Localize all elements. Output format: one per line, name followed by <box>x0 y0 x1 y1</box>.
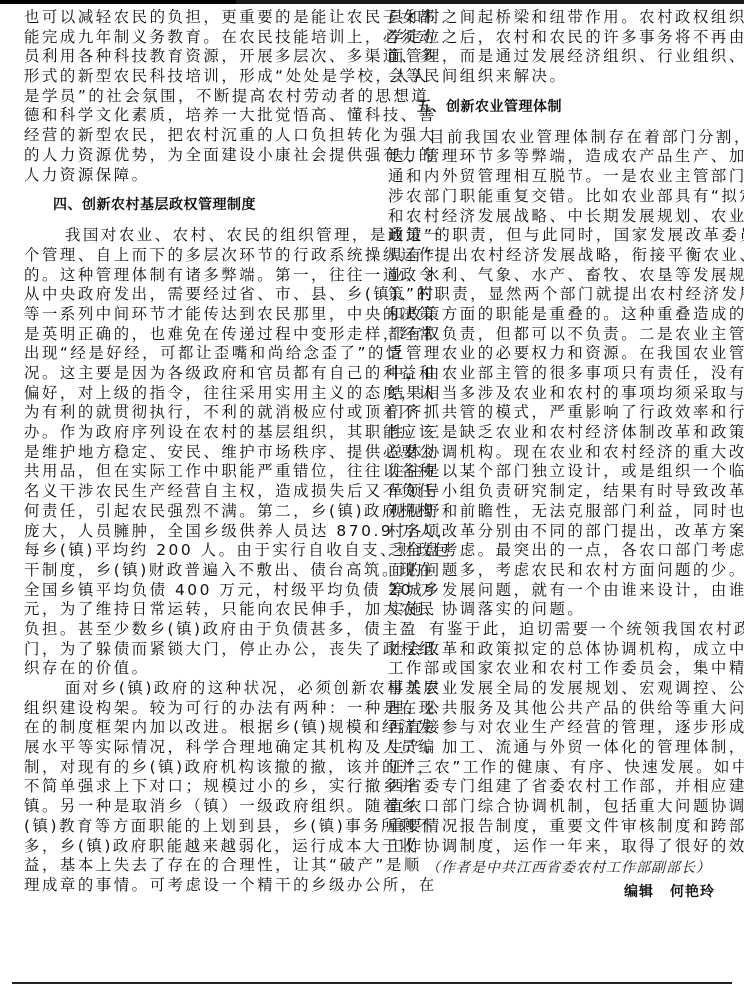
text-line: 组织建设构架。较为可行的办法有两种：一种是在现 <box>24 699 359 719</box>
text-line: 学定位之后，农村和农民的许多事务将不再由政府出 <box>388 28 723 48</box>
text-line: 再直接参与对农业生产经营的管理，逐步形成农产品 <box>388 718 723 738</box>
text-line: 总体协调机构。现在农业和农村经济的重大改革政策 <box>388 443 723 463</box>
paragraph: 也可以减轻农民的负担，更重要的是能让农民子女都能完成九年制义务教育。在农民技能培… <box>24 8 359 185</box>
text-line: 迭、管理环节多等弊端，造成农产品生产、加工、流 <box>388 147 723 167</box>
text-line: 直农口部门综合协调机制，包括重大问题协调制度， <box>388 797 723 817</box>
text-line: 是维护地方稳定、安民、维护市场秩序、提供必要公 <box>24 443 359 463</box>
text-line: 名义干涉农民生产经营自主权，造成损失后又不负任 <box>24 482 359 502</box>
text-line: 等一系列中间环节才能传达到农民那里，中央的决策 <box>24 305 359 325</box>
text-line: 共用品，但在实际工作中职能严重错位，往往以各种 <box>24 462 359 482</box>
text-line: 重要情况报告制度，重要文件审核制度和跨部门涉农 <box>388 817 723 837</box>
text-line: 在的制度框架内加以改进。根据乡(镇)规模和经济发 <box>24 718 359 738</box>
text-line: 会等民间组织来解决。 <box>388 67 723 87</box>
editor-label: 编辑 <box>624 884 654 900</box>
text-line: 经营的新型农民，把农村沉重的人口负担转化为强大 <box>24 126 359 146</box>
text-line: 展水平等实际情况，科学合理地确定其机构及人员编 <box>24 738 359 758</box>
section-heading-5: 五、创新农业管理体制 <box>388 87 723 128</box>
text-line: 策”的职责，显然两个部门就提出农村经济发展战略 <box>388 285 723 305</box>
text-line: 庞大，人员臃肿，全国乡级供养人员达 870.9 万人， <box>24 522 359 542</box>
text-line: 办。作为政府序列设在农村的基层组织，其职能应该 <box>24 423 359 443</box>
text-line: 工作协调制度，运作一年来，取得了很好的效果。 <box>388 837 723 857</box>
right-column: 县和村之间起桥梁和纽带作用。农村政权组织职能科学定位之后，农村和农民的许多事务将… <box>388 8 723 904</box>
text-line: 中，由农业部主管的很多事项只有责任，没有手段， <box>388 364 723 384</box>
text-line: 的人力资源优势，为全面建设小康社会提供强有力的 <box>24 146 359 166</box>
text-line: 出现“经是好经，可都让歪嘴和尚给念歪了”的情 <box>24 344 359 364</box>
text-line: 性。三是缺乏农业和农村经济体制改革和政策拟定的 <box>388 423 723 443</box>
text-line: 元，为了维持日常运转，只能向农民伸手，加大农民 <box>24 600 359 620</box>
text-line: 理、公共服务及其他公共产品的供给等重大问题，不 <box>388 699 723 719</box>
text-line: 业、水利、气象、水产、畜牧、农垦等发展规划和政 <box>388 266 723 286</box>
text-line: 我国对农业、农村、农民的组织管理，是通过一 <box>24 226 359 246</box>
text-line: 事关农业发展全局的发展规划、宏观调控、公共管 <box>388 679 723 699</box>
text-line: 负担。甚至少数乡(镇)政府由于负债甚多，债主盈 <box>24 620 359 640</box>
text-line: 涉农部门职能重复交错。比如农业部具有“拟定农业 <box>388 187 723 207</box>
text-line: 面对乡(镇)政府的这种状况，必须创新农村基层 <box>24 679 359 699</box>
text-line: 干制度，乡(镇)财政普遍入不敷出、债台高筑。现在 <box>24 561 359 581</box>
text-line: 村各项改革分别由不同的部门提出，改革方案有时缺 <box>388 522 723 542</box>
text-line: 多，乡(镇)政府职能越来越弱化，运行成本大于收 <box>24 837 359 857</box>
text-line: 为有利的就贯彻执行，不利的就消极应付或顶着不 <box>24 403 359 423</box>
text-line: 结果相当多涉及农业和农村的事项均须采取与其他部 <box>388 384 723 404</box>
text-line: 证“三农”工作的健康、有序、快速发展。如中共江 <box>388 758 723 778</box>
bottom-border-rule <box>12 982 732 984</box>
text-line: 都有权负责，但都可以不负责。二是农业主管部门缺 <box>388 325 723 345</box>
text-line: 具有“提出农村经济发展战略，衔接平衡农业、林 <box>388 246 723 266</box>
text-line: 形式的新型农民科技培训，形成“处处是学校，人人 <box>24 67 359 87</box>
text-line: 理成章的事情。可考虑设一个精干的乡级办公所，在 <box>24 876 359 896</box>
text-line: 全国乡镇平均负债 400 万元，村级平均负债 20 万 <box>24 581 359 601</box>
text-line: 况。这主要是因为各级政府和官员都有自己的利益和 <box>24 364 359 384</box>
text-line: 是英明正确的，也难免在传递过程中变形走样，经常 <box>24 325 359 345</box>
text-line: 实施、协调落实的问题。 <box>388 600 723 620</box>
text-line: 是学员”的社会氛围，不断提高农村劳动者的思想道 <box>24 87 359 107</box>
left-column: 也可以减轻农民的负担，更重要的是能让农民子女都能完成九年制义务教育。在农民技能培… <box>24 8 359 896</box>
text-line: 偏好，对上级的指令，往往采用实用主义的态度，认 <box>24 384 359 404</box>
paragraph: 县和村之间起桥梁和纽带作用。农村政权组织职能科学定位之后，农村和农民的许多事务将… <box>388 8 723 87</box>
text-line: 西省委专门组建了省委农村工作部，并相应建立了省 <box>388 777 723 797</box>
text-line: 德和科学文化素质，培养一大批觉悟高、懂科技、善 <box>24 106 359 126</box>
text-line: 面管理，而是通过发展经济组织、行业组织、农民协 <box>388 47 723 67</box>
text-line: 社会改革和政策拟定的总体协调机构，成立中央农村 <box>388 640 723 660</box>
text-line: 的。这种管理体制有诸多弊端。第一，往往一道政令 <box>24 266 359 286</box>
paragraph: 目前我国农业管理体制存在着部门分割，职能重迭、管理环节多等弊端，造成农产品生产、… <box>388 128 723 620</box>
text-line: 筹城乡发展问题，就有一个由谁来设计，由谁来组织 <box>388 581 723 601</box>
paragraph: 我国对农业、农村、农民的组织管理，是通过一个管理、自上而下的多层次环节的行政系统… <box>24 226 359 679</box>
text-line: 制，对现有的乡(镇)政府机构该撤的撤，该并的并， <box>24 758 359 778</box>
text-line: 目前我国农业管理体制存在着部门分割，职能重 <box>388 128 723 148</box>
text-line: 从中央政府发出，需要经过省、市、县、乡(镇)、村 <box>24 285 359 305</box>
text-line: 乏管理农业的必要权力和资源。在我国农业管理体制 <box>388 344 723 364</box>
text-line: 生产、加工、流通与外贸一体化的管理体制，从而保 <box>388 738 723 758</box>
top-border-accent <box>0 0 236 4</box>
text-line: 通和内外贸管理相互脱节。一是农业主管部门与其他 <box>388 167 723 187</box>
editor-credit: 编辑何艳玲 <box>388 880 723 904</box>
text-line: 县和村之间起桥梁和纽带作用。农村政权组织职能科 <box>388 8 723 28</box>
text-line: 往往是以某个部门独立设计，或是组织一个临时的改 <box>388 462 723 482</box>
text-line: (镇)教育等方面职能的上划到县，乡(镇)事务所剩不 <box>24 817 359 837</box>
text-line: 能完成九年制义务教育。在农民技能培训上，必须动 <box>24 28 359 48</box>
text-line: 何责任，引起农民强烈不满。第二，乡(镇)政府机构 <box>24 502 359 522</box>
text-line: 乏全盘考虑。最突出的一点，各农口部门考虑农业方 <box>388 541 723 561</box>
text-line: 镇。另一种是取消乡（镇）一级政府组织。随着乡 <box>24 797 359 817</box>
author-byline: （作者是中共江西省委农村工作部副部长） <box>388 856 723 880</box>
text-line: 益，基本上失去了存在的合理性，让其“破产”是顺 <box>24 856 359 876</box>
paragraph: 面对乡(镇)政府的这种状况，必须创新农村基层组织建设构架。较为可行的办法有两种：… <box>24 679 359 896</box>
text-line: 和农村经济发展战略、中长期发展规划、农业的产业 <box>388 207 723 227</box>
text-line: 观视野和前瞻性，无法克服部门利益，同时也因为农 <box>388 502 723 522</box>
text-line: 面的问题多，考虑农民和农村方面问题的少。比如统 <box>388 561 723 581</box>
text-line: 门齐抓共管的模式，严重影响了行政效率和行政协调 <box>388 403 723 423</box>
editor-name: 何艳玲 <box>670 884 715 900</box>
paragraph: 有鉴于此，迫切需要一个统领我国农村政治经济社会改革和政策拟定的总体协调机构，成立… <box>388 620 723 856</box>
text-line: 每乡(镇)平均约 200 人。由于实行自收自支、财政包 <box>24 541 359 561</box>
text-line: 有鉴于此，迫切需要一个统领我国农村政治经济 <box>388 620 723 640</box>
text-line: 员利用各种科技教育资源，开展多层次、多渠道、多 <box>24 47 359 67</box>
text-line: 政策”的职责，但与此同时，国家发展改革委员会也 <box>388 226 723 246</box>
text-line: 门，为了躲债而紧锁大门，停止办公，丧失了政权组 <box>24 640 359 660</box>
section-heading-4: 四、创新农村基层政权管理制度 <box>24 185 359 226</box>
text-line: 个管理、自上而下的多层次环节的行政系统操纵运作 <box>24 246 359 266</box>
text-line: 人力资源保障。 <box>24 166 359 186</box>
text-line: 革领导小组负责研究制定，结果有时导致改革缺乏宏 <box>388 482 723 502</box>
text-line: 也可以减轻农民的负担，更重要的是能让农民子女都 <box>24 8 359 28</box>
text-line: 和政策方面的职能是重叠的。这种重叠造成的结果是 <box>388 305 723 325</box>
text-line: 不简单强求上下对口；规模过小的乡，实行撤乡并 <box>24 777 359 797</box>
text-line: 织存在的价值。 <box>24 659 359 679</box>
text-line: 工作部或国家农业和农村工作委员会，集中精力抓好 <box>388 659 723 679</box>
